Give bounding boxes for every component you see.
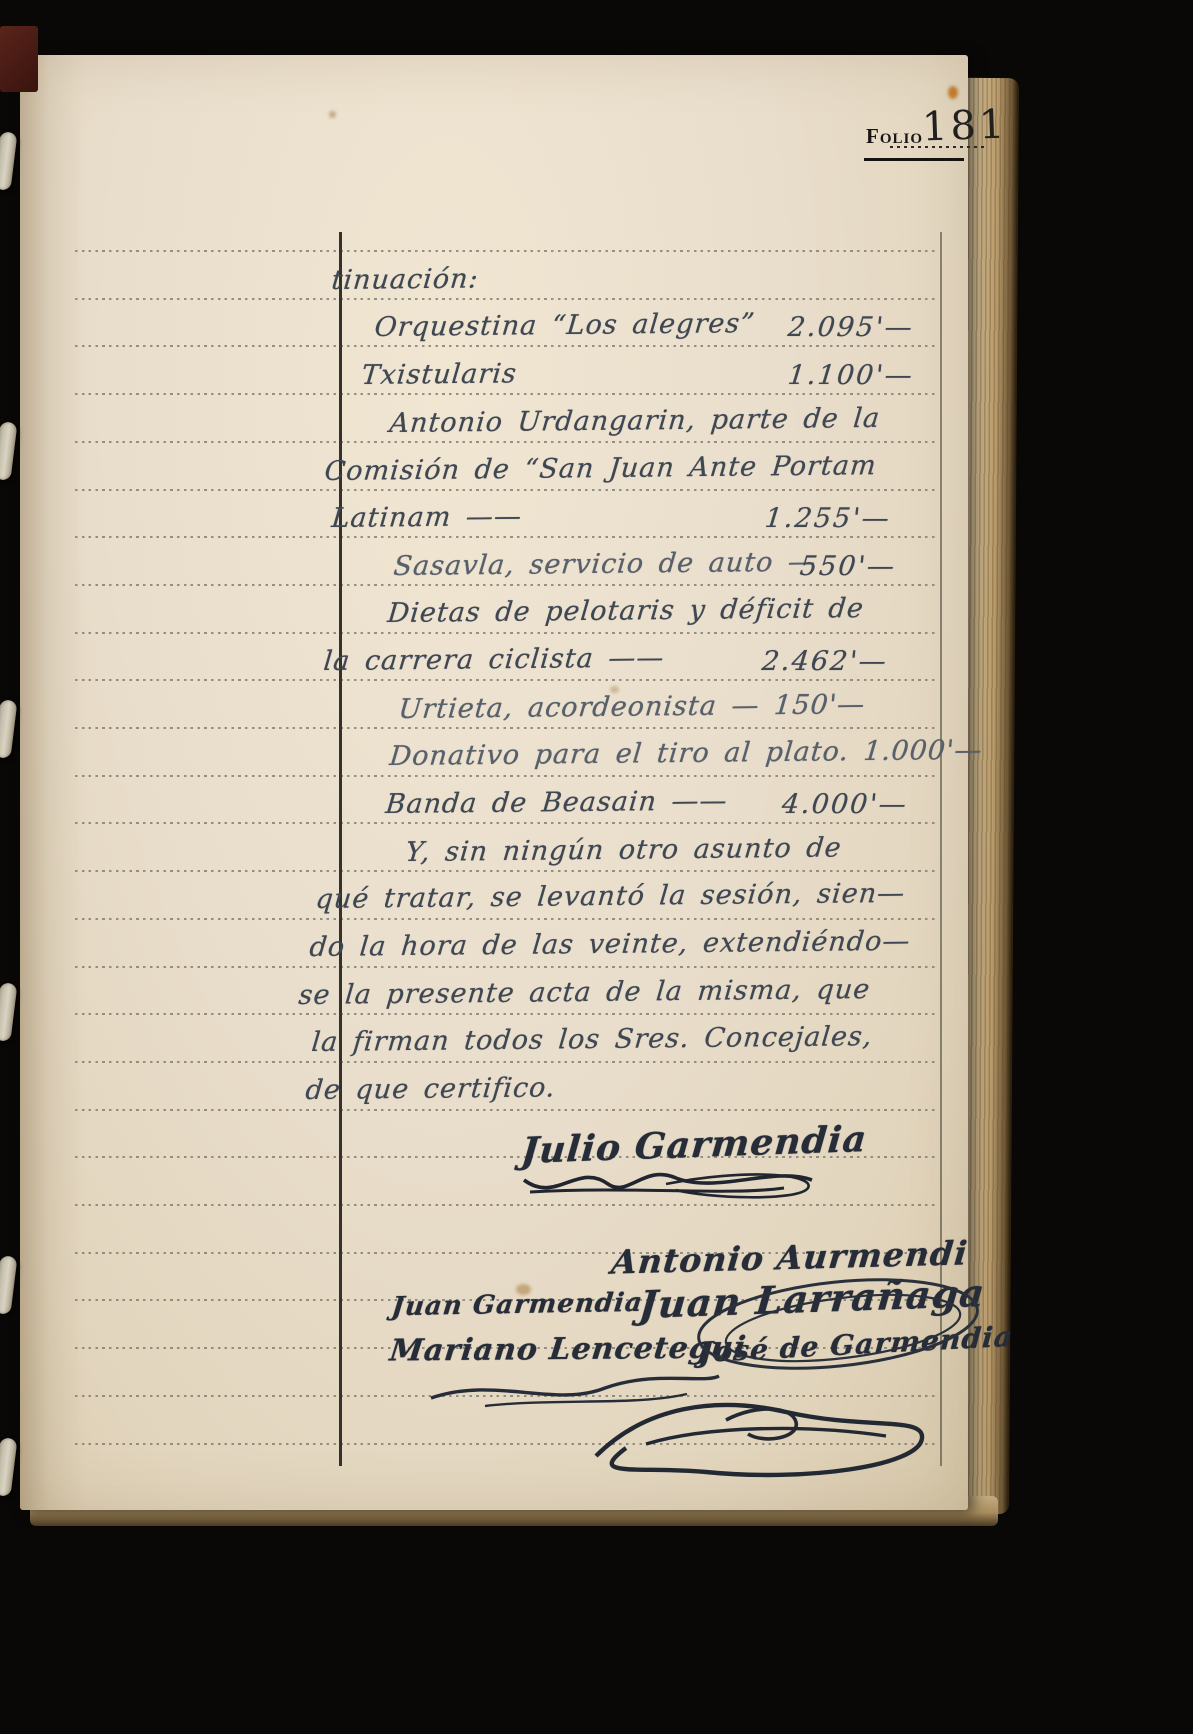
manuscript-line: Dietas de pelotaris y déficit de: [386, 592, 865, 631]
ruled-line: [75, 966, 938, 968]
amount-value: 4.000'—: [780, 788, 909, 822]
manuscript-line: tinuación:: [330, 262, 480, 298]
age-spot: [610, 686, 619, 693]
manuscript-line: Comisión de “San Juan Ante Portam: [323, 449, 878, 489]
amount-value: 2.462'—: [760, 645, 889, 679]
manuscript-line: la firman todos los Sres. Concejales,: [310, 1020, 874, 1060]
manuscript-line: Txistularis: [360, 357, 518, 393]
age-spot: [329, 111, 336, 118]
manuscript-scan: Folio 181 tinuación:Orquestina “Los aleg…: [0, 0, 1193, 1734]
ruled-line: [75, 536, 938, 538]
ruled-line: [75, 489, 938, 491]
ruled-line: [75, 822, 938, 824]
manuscript-line: Orquestina “Los alegres”: [373, 307, 757, 345]
stitch-thread: [0, 1255, 17, 1315]
ruled-line: [75, 775, 938, 777]
folio-label: Folio: [866, 124, 923, 149]
ruled-line: [75, 1109, 938, 1111]
ruled-line: [75, 727, 938, 729]
manuscript-line: Latinam ——: [330, 500, 524, 536]
stitch-thread: [0, 1437, 17, 1497]
ruled-line: [75, 918, 938, 920]
left-margin-line: [339, 232, 342, 1466]
manuscript-line: Donativo para el tiro al plato. 1.000'—: [388, 734, 984, 774]
ruled-line: [75, 1013, 938, 1015]
manuscript-line: se la presente acta de la misma, que: [297, 973, 872, 1013]
folio-underline: [864, 158, 964, 161]
age-spot: [948, 86, 958, 99]
amount-value: 1.255'—: [763, 502, 892, 536]
larranaga-signature-oval: [688, 1266, 988, 1382]
manuscript-line: de que certifico.: [304, 1071, 557, 1108]
ruled-line: [75, 870, 938, 872]
amount-value: 550'—: [798, 550, 898, 584]
ruled-line: [75, 393, 938, 395]
manuscript-line: Y, sin ningún otro asunto de: [404, 831, 843, 870]
ruled-line: [75, 632, 938, 634]
manuscript-line: Urtieta, acordeonista — 150'—: [397, 688, 867, 727]
spine-leather-fragment: [0, 26, 38, 92]
ruled-line: [75, 441, 938, 443]
age-spot: [516, 1284, 531, 1295]
amount-value: 1.100'—: [786, 359, 915, 393]
rubric-signature-flourish: [556, 1386, 936, 1490]
ruled-line: [75, 298, 938, 300]
ruled-line: [75, 584, 938, 586]
manuscript-line: Antonio Urdangarin, parte de la: [388, 402, 882, 441]
manuscript-line: Sasavla, servicio de auto —: [392, 546, 818, 584]
manuscript-line: la carrera ciclista ——: [322, 641, 666, 679]
julio-signature-flourish: [516, 1158, 826, 1214]
manuscript-line: Banda de Beasain ——: [384, 784, 729, 822]
stitch-thread: [0, 982, 17, 1042]
ruled-line: [75, 1061, 938, 1063]
manuscript-line: do la hora de las veinte, extendiéndo—: [308, 925, 912, 965]
stitch-thread: [0, 699, 17, 759]
amount-value: 2.095'—: [786, 311, 915, 345]
ruled-line: [75, 250, 938, 252]
manuscript-line: qué tratar, se levantó la sesión, sien—: [314, 877, 907, 917]
stitch-thread: [0, 131, 17, 191]
stitch-thread: [0, 421, 17, 481]
ruled-line: [75, 345, 938, 347]
folio-number: 181: [921, 102, 1008, 151]
ruled-line: [75, 679, 938, 681]
